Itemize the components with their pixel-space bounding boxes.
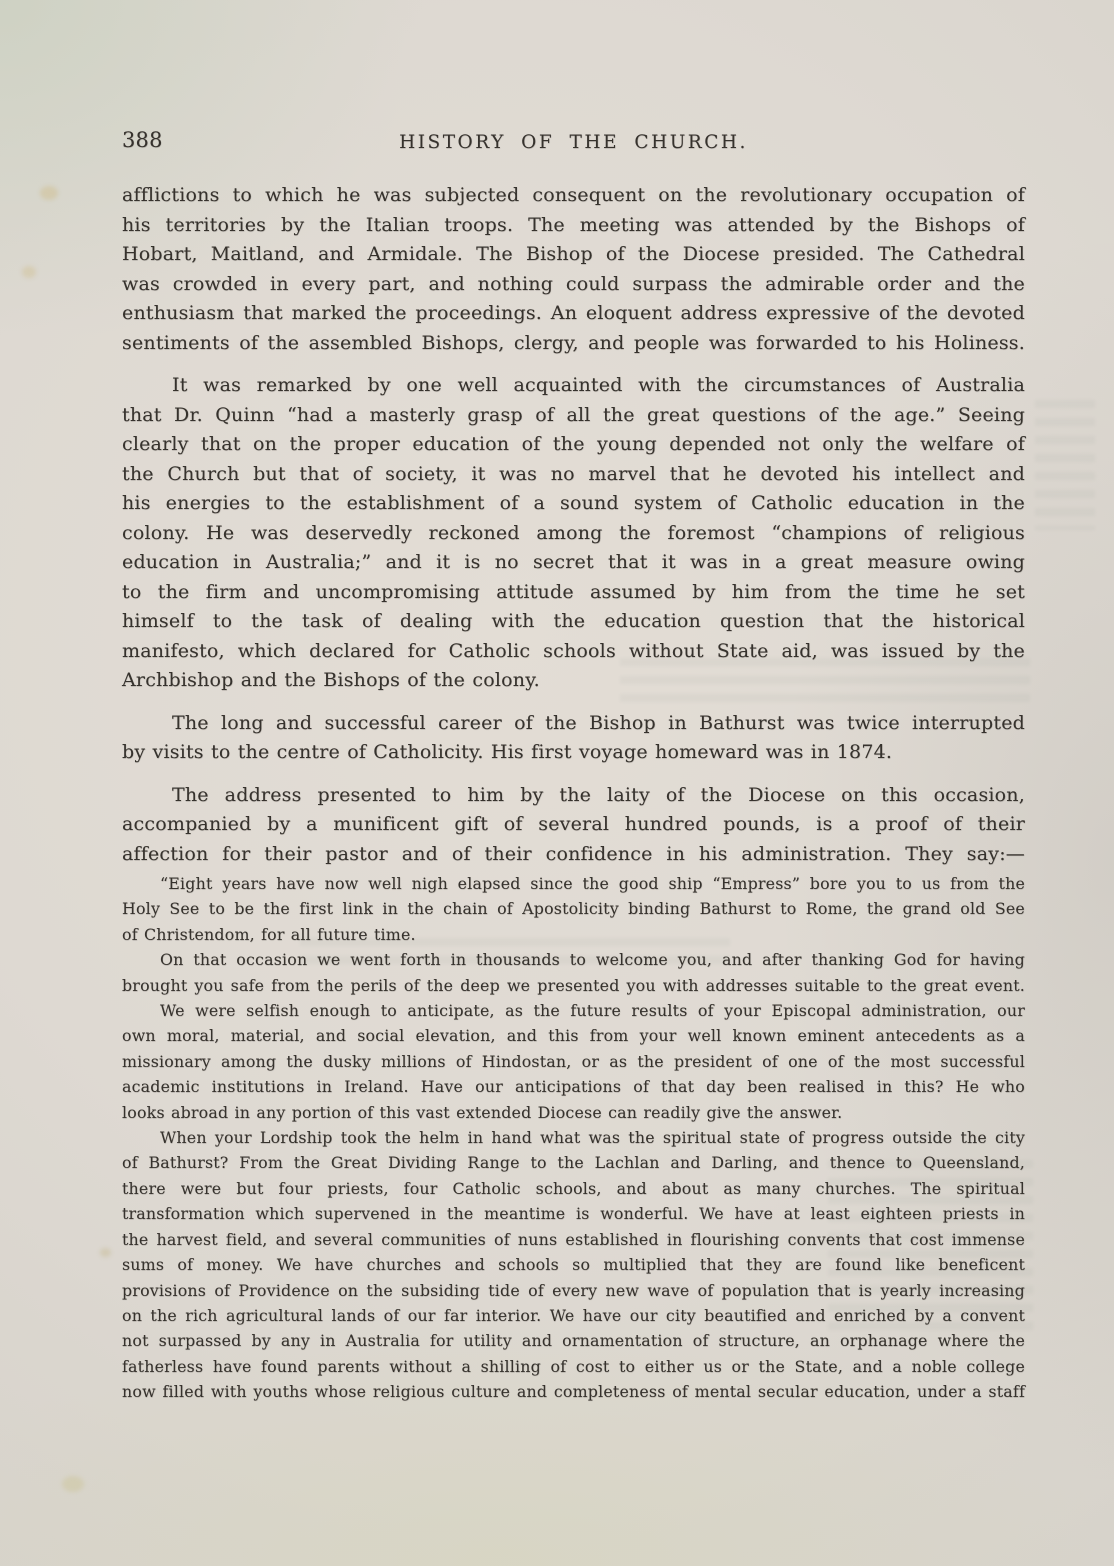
page-showthrough — [1035, 390, 1095, 530]
paragraph: “Eight years have now well nigh elapsed … — [122, 871, 1025, 947]
text-line: on the rich agricultural lands of our fa… — [122, 1303, 1025, 1328]
text-line: sentiments of the assembled Bishops, cle… — [122, 329, 1025, 359]
text-line: enthusiasm that marked the proceedings. … — [122, 299, 1025, 329]
text-line: sums of money. We have churches and scho… — [122, 1252, 1025, 1277]
paragraph: When your Lordship took the helm in hand… — [122, 1125, 1025, 1404]
paragraph: It was remarked by one well acquainted w… — [122, 371, 1025, 696]
text-line: academic institutions in Ireland. Have o… — [122, 1074, 1025, 1099]
text-line: Holy See to be the first link in the cha… — [122, 896, 1025, 921]
text-line: clearly that on the proper education of … — [122, 430, 1025, 460]
paragraph: The address presented to him by the lait… — [122, 781, 1025, 870]
text-line: was crowded in every part, and nothing c… — [122, 270, 1025, 300]
text-line: brought you safe from the perils of the … — [122, 973, 1025, 998]
text-line: to the firm and uncompromising attitude … — [122, 578, 1025, 608]
text-line: affection for their pastor and of their … — [122, 840, 1025, 870]
text-line: himself to the task of dealing with the … — [122, 607, 1025, 637]
text-line: education in Australia;” and it is no se… — [122, 548, 1025, 578]
text-line: his energies to the establishment of a s… — [122, 489, 1025, 519]
text-line: fatherless have found parents without a … — [122, 1354, 1025, 1379]
text-line: accompanied by a munificent gift of seve… — [122, 810, 1025, 840]
text-line: the Church but that of society, it was n… — [122, 460, 1025, 490]
running-title: HISTORY OF THE CHURCH. — [122, 129, 1025, 157]
text-line: now filled with youths whose religious c… — [122, 1379, 1025, 1404]
text-line: afflictions to which he was subjected co… — [122, 181, 1025, 211]
text-line: there were but four priests, four Cathol… — [122, 1176, 1025, 1201]
paragraph: afflictions to which he was subjected co… — [122, 181, 1025, 358]
paper-stain — [100, 1248, 111, 1257]
text-line: missionary among the dusky millions of H… — [122, 1049, 1025, 1074]
text-line: It was remarked by one well acquainted w… — [122, 371, 1025, 401]
text-line: by visits to the centre of Catholicity. … — [122, 738, 1025, 768]
text-line: The address presented to him by the lait… — [122, 781, 1025, 811]
text-line: On that occasion we went forth in thousa… — [122, 947, 1025, 972]
text-line: transformation which supervened in the m… — [122, 1201, 1025, 1226]
text-line: “Eight years have now well nigh elapsed … — [122, 871, 1025, 896]
book-page-scan: 388 HISTORY OF THE CHURCH. afflictions t… — [0, 0, 1114, 1566]
text-line: not surpassed by any in Australia for ut… — [122, 1328, 1025, 1353]
text-line: colony. He was deservedly reckoned among… — [122, 519, 1025, 549]
text-line: own moral, material, and social elevatio… — [122, 1023, 1025, 1048]
text-line: provisions of Providence on the subsidin… — [122, 1278, 1025, 1303]
text-line: his territories by the Italian troops. T… — [122, 211, 1025, 241]
text-line: looks abroad in any portion of this vast… — [122, 1100, 1025, 1125]
paragraph: We were selfish enough to anticipate, as… — [122, 998, 1025, 1125]
text-line: Archbishop and the Bishops of the colony… — [122, 666, 1025, 696]
text-line: The long and successful career of the Bi… — [122, 709, 1025, 739]
paper-stain — [40, 186, 58, 200]
text-line: that Dr. Quinn “had a masterly grasp of … — [122, 401, 1025, 431]
text-line: the harvest field, and several communiti… — [122, 1227, 1025, 1252]
paper-stain — [22, 266, 36, 278]
paragraph: The long and successful career of the Bi… — [122, 709, 1025, 768]
text-line: of Christendom, for all future time. — [122, 922, 1025, 947]
text-line: manifesto, which declared for Catholic s… — [122, 637, 1025, 667]
text-line: Hobart, Maitland, and Armidale. The Bish… — [122, 240, 1025, 270]
paragraph: On that occasion we went forth in thousa… — [122, 947, 1025, 998]
paper-stain — [62, 1476, 84, 1492]
page-text: afflictions to which he was subjected co… — [122, 181, 1025, 1405]
text-line: We were selfish enough to anticipate, as… — [122, 998, 1025, 1023]
text-line: When your Lordship took the helm in hand… — [122, 1125, 1025, 1150]
text-line: of Bathurst? From the Great Dividing Ran… — [122, 1150, 1025, 1175]
